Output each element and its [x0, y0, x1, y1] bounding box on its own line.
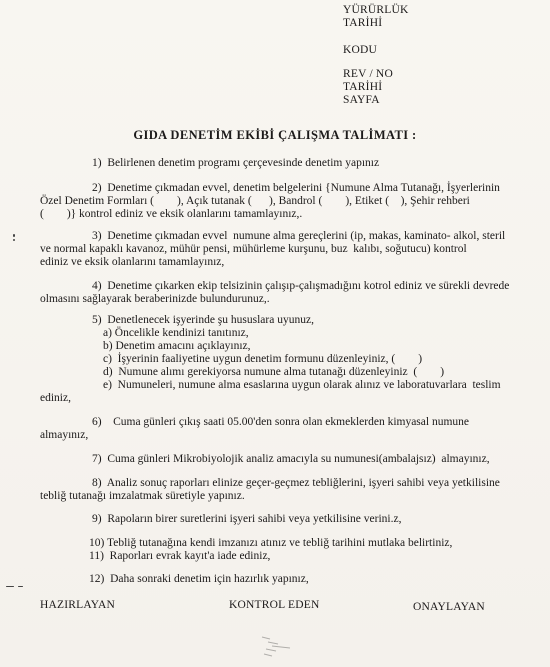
scan-speck	[13, 239, 15, 241]
signature-approved-label: ONAYLAYAN	[413, 601, 485, 613]
header-yururluk: YÜRÜRLÜK	[343, 4, 409, 17]
item-5e-line-1: e) Numuneleri, numune alma esaslarına uy…	[103, 379, 501, 392]
scan-mark	[6, 586, 14, 587]
signature-prepared-label: HAZIRLAYAN	[40, 599, 115, 611]
item-5a: a) Öncelikle kendinizi tanıtınız,	[103, 327, 249, 340]
item-6-line-1: 6) Cuma günleri çıkış saati 05.00'den so…	[92, 416, 469, 429]
header-tarihi: TARİHİ	[343, 17, 382, 30]
item-12: 12) Daha sonraki denetim için hazırlık y…	[89, 573, 309, 586]
item-5e-line-2: ediniz,	[40, 392, 71, 405]
header-rev-no: REV / NO	[343, 68, 393, 81]
scan-mark	[18, 586, 23, 587]
item-2-line-3: ( )} kontrol ediniz ve eksik olanlarını …	[40, 208, 302, 221]
item-5c: c) İşyerinin faaliyetine uygun denetim f…	[103, 353, 422, 366]
item-1: 1) Belirlenen denetim programı çerçevesi…	[92, 157, 379, 170]
header-rev-tarihi: TARİHİ	[343, 81, 382, 94]
scan-speck	[13, 234, 15, 237]
item-5b: b) Denetim amacını açıklayınız,	[103, 340, 251, 353]
item-5d: d) Numune alımı gerekiyorsa numune alma …	[103, 366, 444, 379]
item-4-line-1: 4) Denetime çıkarken ekip telsizinin çal…	[92, 280, 509, 293]
item-8-line-2: tebliğ tutanağı imzalatmak süretiyle yap…	[40, 490, 245, 503]
item-5: 5) Denetlenecek işyerinde şu hususlara u…	[92, 314, 314, 327]
item-9: 9) Rapoların birer suretlerini işyeri sa…	[92, 513, 401, 526]
item-2-line-1: 2) Denetime çıkmadan evvel, denetim belg…	[92, 182, 500, 195]
item-8-line-1: 8) Analiz sonuç raporları elinize geçer-…	[92, 477, 500, 490]
document-page: YÜRÜRLÜK TARİHİ KODU REV / NO TARİHİ SAY…	[0, 0, 550, 667]
signature-checked-label: KONTROL EDEN	[229, 599, 319, 611]
item-11: 11) Raporları evrak kayıt'a iade ediniz,	[89, 550, 270, 563]
item-4-line-2: olmasını sağlayarak beraberinizde bulund…	[40, 293, 270, 306]
item-6-line-2: almayınız,	[40, 429, 88, 442]
header-sayfa: SAYFA	[343, 94, 380, 107]
item-3-line-3: ediniz ve eksik olanlarını tamamlayınız,	[40, 256, 224, 269]
item-3-line-1: 3) Denetime çıkmadan evvel numune alma g…	[92, 230, 505, 243]
document-title: GIDA DENETİM EKİBİ ÇALIŞMA TALİMATI :	[0, 128, 550, 143]
item-10: 10) Tebliğ tutanağına kendi imzanızı atı…	[89, 537, 452, 550]
item-7: 7) Cuma günleri Mikrobiyolojik analiz am…	[92, 453, 490, 466]
item-2-line-2: Özel Denetim Formları ( ), Açık tutanak …	[40, 195, 470, 208]
stamp-smudge-icon	[260, 635, 300, 659]
header-kodu: KODU	[343, 44, 377, 57]
item-3-line-2: ve normal kapaklı kavanoz, mühür pensi, …	[40, 243, 467, 256]
